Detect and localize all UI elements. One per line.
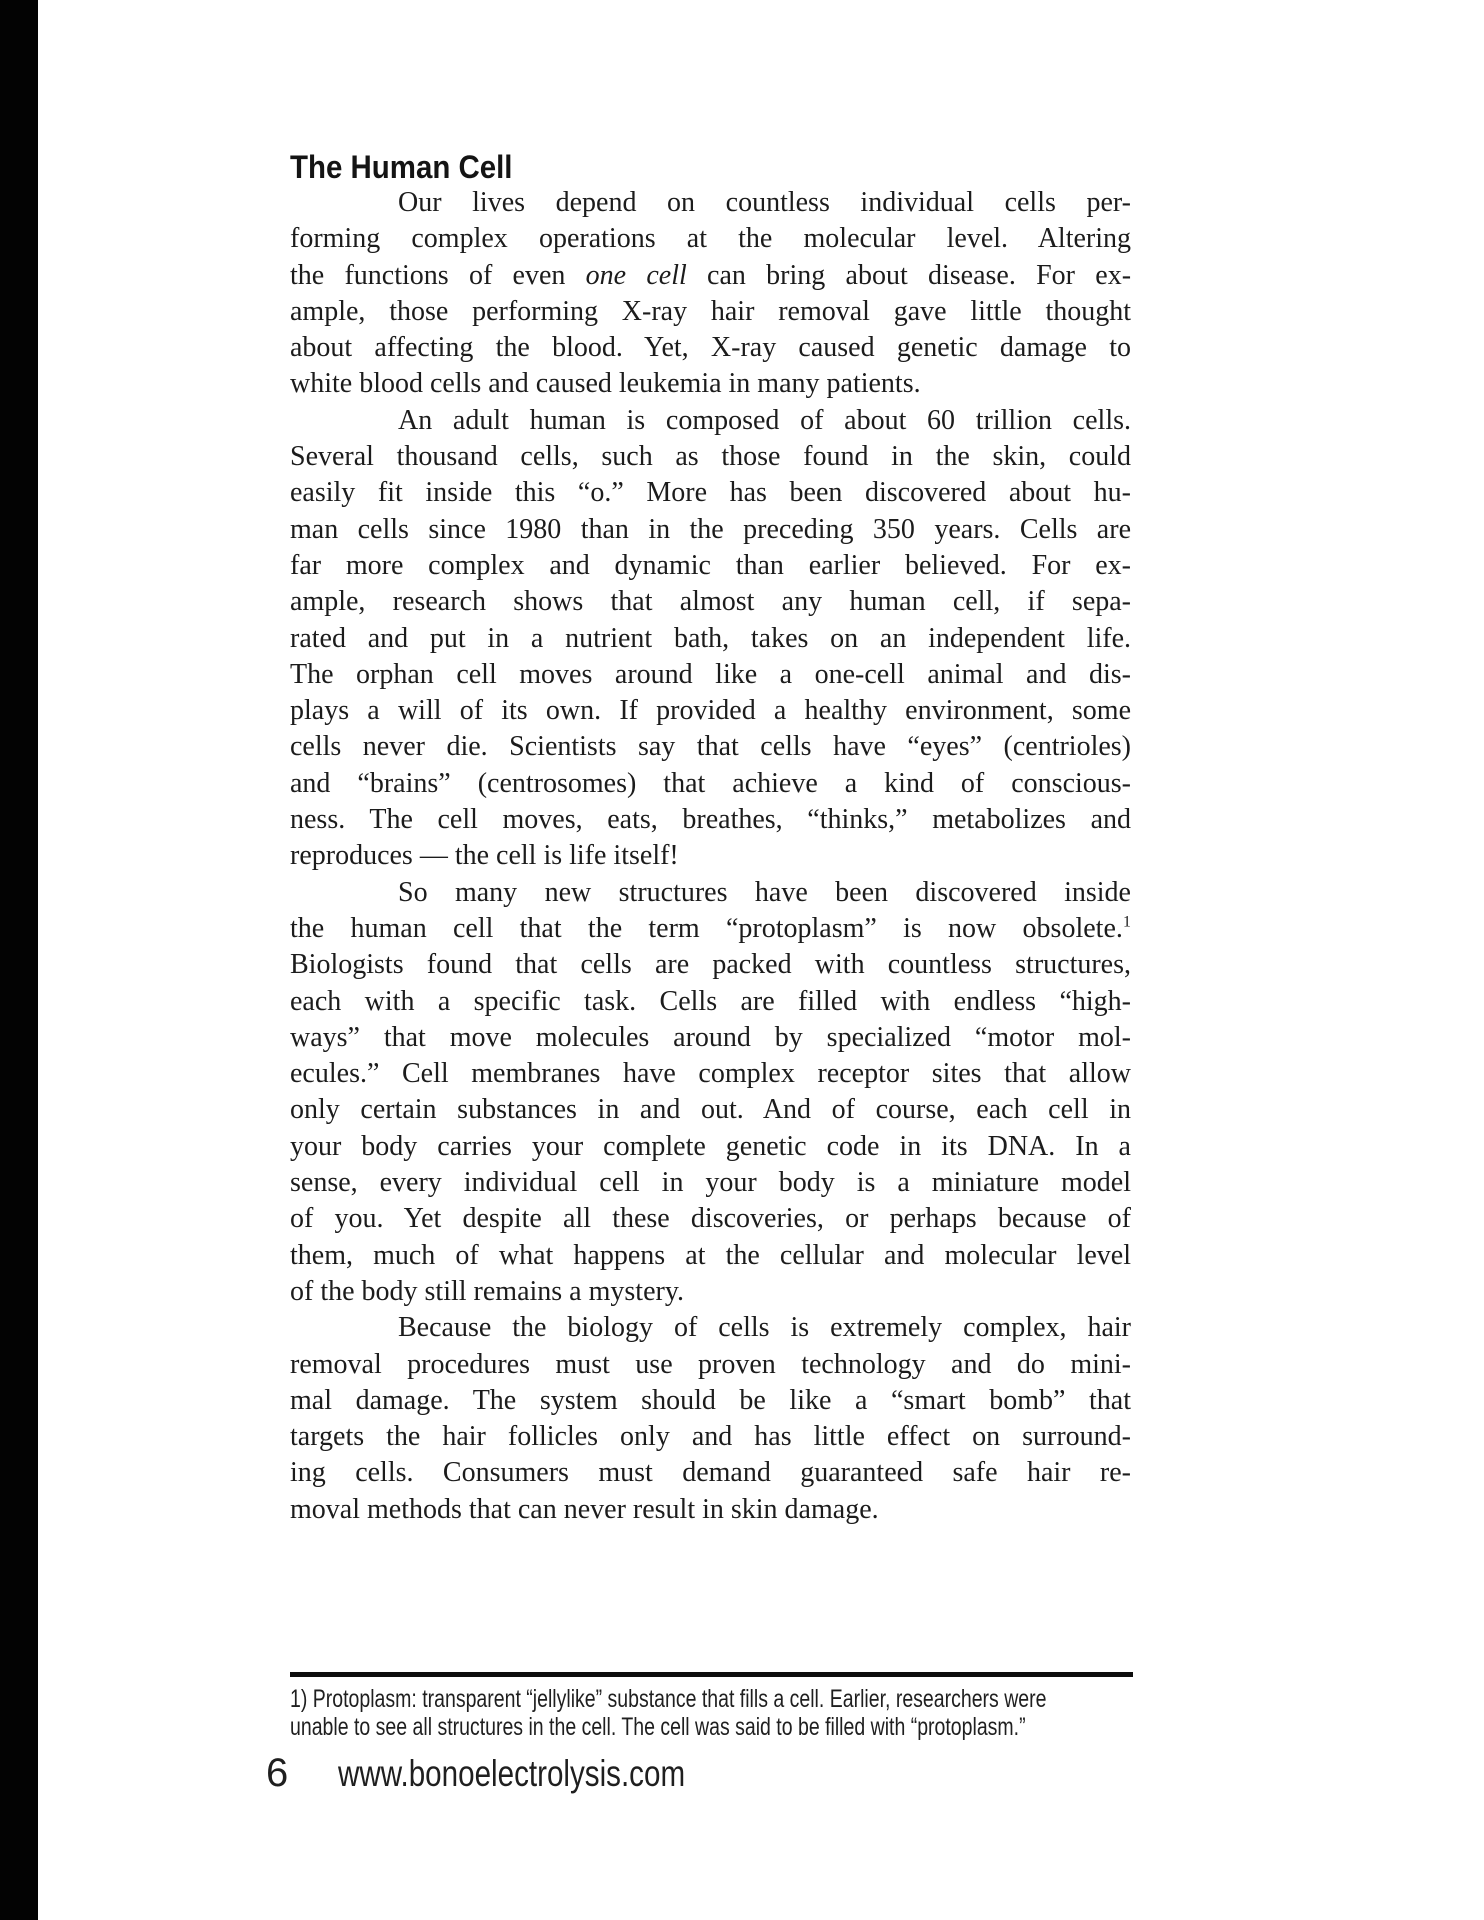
book-page: The Human Cell Our lives depend on count…	[0, 0, 1484, 1920]
footnote-block: 1) Protoplasm: transparent “jellylike” s…	[290, 1672, 1133, 1741]
body-line: sense, every individual cell in your bod…	[290, 1165, 1131, 1201]
body-line: white blood cells and caused leukemia in…	[290, 366, 1131, 402]
body-line: So many new structures have been discove…	[290, 875, 1131, 911]
body-line: of the body still remains a mystery.	[290, 1274, 1131, 1310]
body-line: about affecting the blood. Yet, X-ray ca…	[290, 330, 1131, 366]
body-line: ample, research shows that almost any hu…	[290, 584, 1131, 620]
body-line: your body carries your complete genetic …	[290, 1129, 1131, 1165]
footnote-line: 1) Protoplasm: transparent “jellylike” s…	[290, 1685, 948, 1713]
body-line: ecules.” Cell membranes have complex rec…	[290, 1056, 1131, 1092]
body-line: only certain substances in and out. And …	[290, 1092, 1131, 1128]
body-line: Our lives depend on countless individual…	[290, 185, 1131, 221]
scan-gutter-bar	[0, 0, 38, 1920]
body-text: Our lives depend on countless individual…	[290, 185, 1131, 1528]
body-line: each with a specific task. Cells are fil…	[290, 984, 1131, 1020]
body-line: moval methods that can never result in s…	[290, 1492, 1131, 1528]
footnote-text: 1) Protoplasm: transparent “jellylike” s…	[290, 1685, 1133, 1741]
body-line: An adult human is composed of about 60 t…	[290, 403, 1131, 439]
body-line: and “brains” (centrosomes) that achieve …	[290, 766, 1131, 802]
body-line: mal damage. The system should be like a …	[290, 1383, 1131, 1419]
body-line: ness. The cell moves, eats, breathes, “t…	[290, 802, 1131, 838]
body-line: cells never die. Scientists say that cel…	[290, 729, 1131, 765]
body-line: plays a will of its own. If provided a h…	[290, 693, 1131, 729]
body-line: The orphan cell moves around like a one-…	[290, 657, 1131, 693]
body-line: ways” that move molecules around by spec…	[290, 1020, 1131, 1056]
body-line: man cells since 1980 than in the precedi…	[290, 512, 1131, 548]
page-footer: 6 www.bonoelectrolysis.com	[266, 1753, 772, 1793]
body-line: Because the biology of cells is extremel…	[290, 1310, 1131, 1346]
body-line: rated and put in a nutrient bath, takes …	[290, 621, 1131, 657]
page-number: 6	[266, 1753, 288, 1793]
body-line: reproduces — the cell is life itself!	[290, 838, 1131, 874]
body-line: removal procedures must use proven techn…	[290, 1347, 1131, 1383]
body-line: targets the hair follicles only and has …	[290, 1419, 1131, 1455]
footnote-divider	[290, 1672, 1133, 1677]
body-line: the functions of even one cell can bring…	[290, 258, 1131, 294]
body-line: forming complex operations at the molecu…	[290, 221, 1131, 257]
website-url: www.bonoelectrolysis.com	[338, 1755, 685, 1792]
body-line: them, much of what happens at the cellul…	[290, 1238, 1131, 1274]
body-line: Biologists found that cells are packed w…	[290, 947, 1131, 983]
body-line: the human cell that the term “protoplasm…	[290, 911, 1131, 947]
body-line: of you. Yet despite all these discoverie…	[290, 1201, 1131, 1237]
body-line: easily fit inside this “o.” More has bee…	[290, 475, 1131, 511]
body-line: ing cells. Consumers must demand guarant…	[290, 1455, 1131, 1491]
body-line: Several thousand cells, such as those fo…	[290, 439, 1131, 475]
section-heading: The Human Cell	[290, 149, 1064, 185]
body-line: ample, those performing X-ray hair remov…	[290, 294, 1131, 330]
footnote-line: unable to see all structures in the cell…	[290, 1713, 948, 1741]
body-line: far more complex and dynamic than earlie…	[290, 548, 1131, 584]
page-content: The Human Cell Our lives depend on count…	[290, 149, 1131, 1528]
